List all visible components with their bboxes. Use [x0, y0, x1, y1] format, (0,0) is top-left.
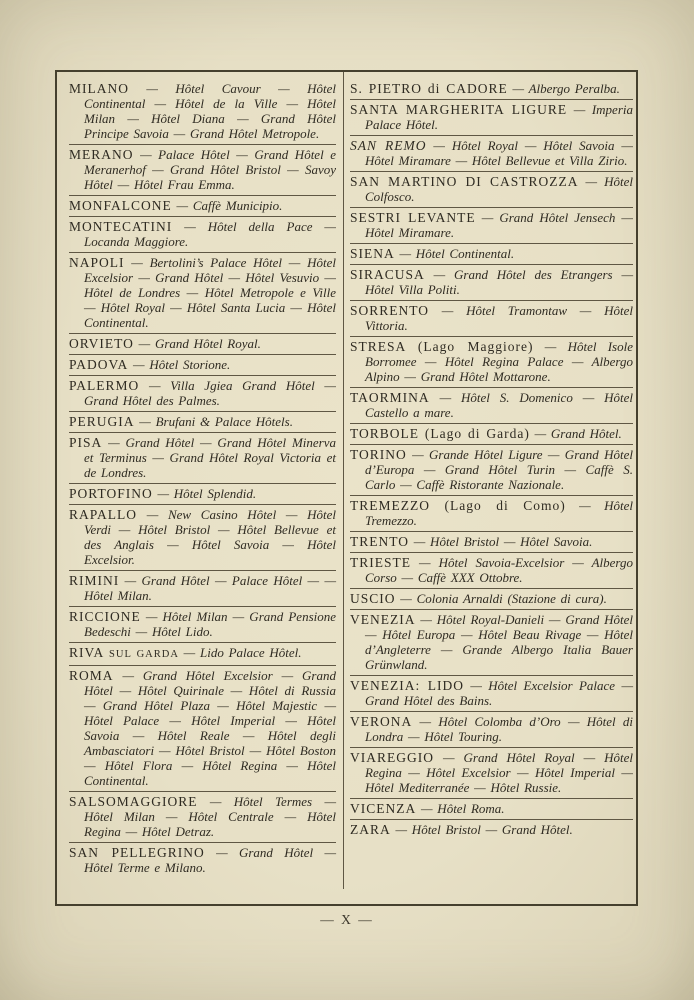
city-name: SIENA — [350, 246, 395, 261]
hotel-entry: VENEZIA: LIDO — Hôtel Excelsior Palace —… — [350, 676, 633, 712]
city-name: TREMEZZO (Lago di Como) — [350, 498, 566, 513]
city-name: STRESA (Lago Maggiore) — [350, 339, 534, 354]
hotel-entry: MILANO — Hôtel Cavour — Hôtel Continenta… — [69, 79, 336, 145]
city-name: RIMINI — [69, 573, 119, 588]
hotel-list: — Grand Hôtel. — [535, 426, 622, 441]
city-name: VENEZIA: LIDO — [350, 678, 464, 693]
city-name: SAN PELLEGRINO — [69, 845, 205, 860]
hotel-entry: TAORMINA — Hôtel S. Domenico — Hôtel Cas… — [350, 388, 633, 424]
hotel-entry: TORBOLE (Lago di Garda) — Grand Hôtel. — [350, 424, 633, 445]
city-name: MILANO — [69, 81, 129, 96]
city-name: SESTRI LEVANTE — [350, 210, 476, 225]
hotel-entry: PERUGIA — Brufani & Palace Hôtels. — [69, 412, 336, 433]
hotel-entry: STRESA (Lago Maggiore) — Hôtel Isole Bor… — [350, 337, 633, 388]
city-name: S. PIETRO di CADORE — [350, 81, 508, 96]
hotel-entry: TORINO — Grande Hôtel Ligure — Grand Hôt… — [350, 445, 633, 496]
hotel-entry: PALERMO — Villa Jgiea Grand Hôtel — Gran… — [69, 376, 336, 412]
hotel-entry: ORVIETO — Grand Hôtel Royal. — [69, 334, 336, 355]
city-name: SIRACUSA — [350, 267, 425, 282]
city-name: TORBOLE (Lago di Garda) — [350, 426, 530, 441]
hotel-entry: MONTECATINI — Hôtel della Pace — Locanda… — [69, 217, 336, 253]
hotel-entry: ROMA — Grand Hôtel Excelsior — Grand Hôt… — [69, 666, 336, 792]
hotel-entry: MONFALCONE — Caffè Municipio. — [69, 196, 336, 217]
hotel-entry: TREMEZZO (Lago di Como) — Hôtel Tremezzo… — [350, 496, 633, 532]
hotel-list: — Lido Palace Hôtel. — [184, 645, 302, 660]
hotel-list: — Hôtel Bristol — Grand Hôtel. — [396, 822, 573, 837]
hotel-entry: TRIESTE — Hôtel Savoia-Excelsior — Alber… — [350, 553, 633, 589]
city-name: SANTA MARGHERITA LIGURE — [350, 102, 567, 117]
city-name: PALERMO — [69, 378, 139, 393]
city-name: MONTECATINI — [69, 219, 172, 234]
hotel-entry: SESTRI LEVANTE — Grand Hôtel Jensech — H… — [350, 208, 633, 244]
hotel-entry: SAN MARTINO DI CASTROZZA — Hôtel Colfosc… — [350, 172, 633, 208]
hotel-entry: VIAREGGIO — Grand Hôtel Royal — Hôtel Re… — [350, 748, 633, 799]
hotel-entry: PORTOFINO — Hôtel Splendid. — [69, 484, 336, 505]
city-name: RIVA — [69, 645, 104, 660]
hotel-entry: SAN REMO — Hôtel Royal — Hôtel Savoia — … — [350, 136, 633, 172]
city-name: SORRENTO — [350, 303, 429, 318]
hotel-entry: RAPALLO — New Casino Hôtel — Hôtel Verdi… — [69, 505, 336, 571]
hotel-list: — Hôtel Roma. — [421, 801, 505, 816]
hotel-entry: SIRACUSA — Grand Hôtel des Etrangers — H… — [350, 265, 633, 301]
hotel-list: — Brufani & Palace Hôtels. — [139, 414, 293, 429]
scanned-page: MILANO — Hôtel Cavour — Hôtel Continenta… — [0, 0, 694, 1000]
city-name: SALSOMAGGIORE — [69, 794, 198, 809]
city-name: VICENZA — [350, 801, 416, 816]
city-name: SAN MARTINO DI CASTROZZA — [350, 174, 578, 189]
city-name: SAN REMO — [350, 138, 427, 153]
city-name: RICCIONE — [69, 609, 141, 624]
city-name: ROMA — [69, 668, 114, 683]
hotel-entry: USCIO — Colonia Arnaldi (Stazione di cur… — [350, 589, 633, 610]
city-name: VIAREGGIO — [350, 750, 434, 765]
city-name: ZARA — [350, 822, 391, 837]
city-name: MONFALCONE — [69, 198, 172, 213]
hotel-list: — Hôtel Continental. — [400, 246, 515, 261]
hotel-list: — Caffè Municipio. — [177, 198, 283, 213]
hotel-entry: SANTA MARGHERITA LIGURE — Imperia Palace… — [350, 100, 633, 136]
city-name: TAORMINA — [350, 390, 430, 405]
city-name: NAPOLI — [69, 255, 125, 270]
city-name: VENEZIA — [350, 612, 415, 627]
column-right: S. PIETRO di CADORE — Albergo Peralba.SA… — [344, 72, 636, 904]
hotel-entry: RIVA sul garda — Lido Palace Hôtel. — [69, 643, 336, 666]
hotel-list: — Grand Hôtel Royal. — [139, 336, 261, 351]
hotel-entry: VERONA — Hôtel Colomba d’Oro — Hôtel di … — [350, 712, 633, 748]
city-name: USCIO — [350, 591, 396, 606]
hotel-list: — Hôtel Splendid. — [157, 486, 256, 501]
hotel-list: — Grand Hôtel — Grand Hôtel Minerva et T… — [84, 435, 336, 480]
city-name-smallcaps: sul garda — [109, 649, 179, 660]
hotel-entry: SALSOMAGGIORE — Hôtel Termes — Hôtel Mil… — [69, 792, 336, 843]
hotel-entry: RICCIONE — Hôtel Milan — Grand Pensione … — [69, 607, 336, 643]
city-name: PADOVA — [69, 357, 128, 372]
hotel-list: — Hôtel Bristol — Hôtel Savoia. — [414, 534, 593, 549]
hotel-entry: SIENA — Hôtel Continental. — [350, 244, 633, 265]
hotel-entry: VENEZIA — Hôtel Royal-Danieli — Grand Hô… — [350, 610, 633, 676]
hotel-list: — Grand Hôtel — Palace Hôtel — — Hôtel M… — [84, 573, 336, 603]
city-name: RAPALLO — [69, 507, 137, 522]
hotel-entry: ZARA — Hôtel Bristol — Grand Hôtel. — [350, 820, 633, 840]
page-border-frame: MILANO — Hôtel Cavour — Hôtel Continenta… — [55, 70, 638, 906]
city-name: PORTOFINO — [69, 486, 153, 501]
city-name: ORVIETO — [69, 336, 134, 351]
city-name: TORINO — [350, 447, 407, 462]
page-number: — X — — [0, 912, 694, 928]
hotel-list: — Hôtel Storione. — [133, 357, 230, 372]
hotel-entry: VICENZA — Hôtel Roma. — [350, 799, 633, 820]
hotel-entry: SORRENTO — Hôtel Tramontaw — Hôtel Vitto… — [350, 301, 633, 337]
hotel-entry: PISA — Grand Hôtel — Grand Hôtel Minerva… — [69, 433, 336, 484]
city-name: TRIESTE — [350, 555, 411, 570]
hotel-entry: MERANO — Palace Hôtel — Grand Hôtel e Me… — [69, 145, 336, 196]
column-left: MILANO — Hôtel Cavour — Hôtel Continenta… — [57, 72, 343, 904]
city-name: VERONA — [350, 714, 412, 729]
hotel-entry: PADOVA — Hôtel Storione. — [69, 355, 336, 376]
city-name: PISA — [69, 435, 102, 450]
city-name: MERANO — [69, 147, 134, 162]
hotel-entry: NAPOLI — Bertolini’s Palace Hôtel — Hôte… — [69, 253, 336, 334]
city-name: TRENTO — [350, 534, 409, 549]
hotel-list: — Grand Hôtel Excelsior — Grand Hôtel — … — [84, 668, 336, 788]
city-name: PERUGIA — [69, 414, 135, 429]
hotel-list: — Colonia Arnaldi (Stazione di cura). — [400, 591, 607, 606]
hotel-entry: TRENTO — Hôtel Bristol — Hôtel Savoia. — [350, 532, 633, 553]
hotel-entry: S. PIETRO di CADORE — Albergo Peralba. — [350, 79, 633, 100]
hotel-entry: SAN PELLEGRINO — Grand Hôtel — Hôtel Ter… — [69, 843, 336, 878]
hotel-entry: RIMINI — Grand Hôtel — Palace Hôtel — — … — [69, 571, 336, 607]
hotel-list: — Albergo Peralba. — [513, 81, 620, 96]
